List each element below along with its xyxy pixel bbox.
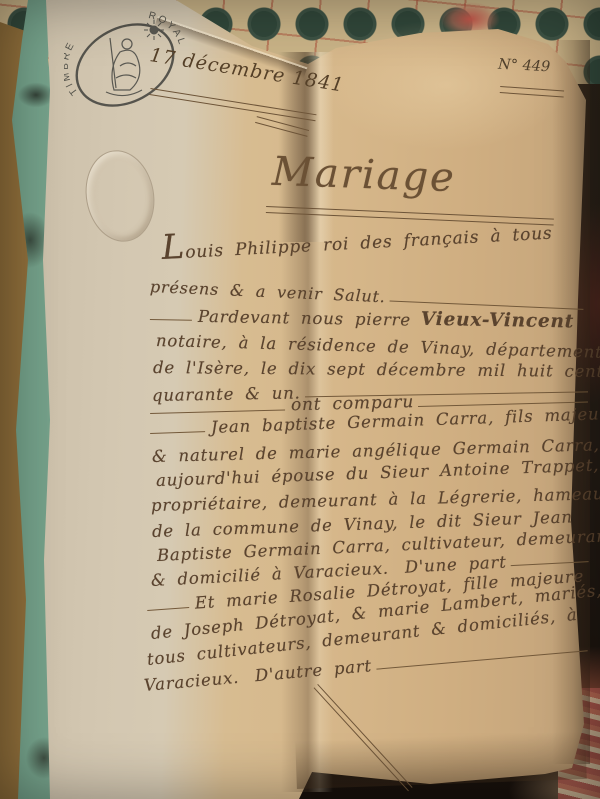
line-text: Pardevant nous pierre (198, 307, 411, 330)
ruled-line (150, 431, 205, 434)
act-number: N° 449 (498, 57, 551, 76)
line-text: de l'Isère, le dix sept décembre mil hui… (153, 358, 600, 381)
ruled-line (147, 607, 189, 611)
notary-name: Vieux-Vincent (421, 309, 575, 333)
handwritten-line: de l'Isère, le dix sept décembre mil hui… (153, 358, 600, 381)
ruled-line (150, 319, 192, 321)
page-bottom-shadow (295, 731, 586, 789)
page-title: Mariage (271, 149, 456, 201)
photo-marriage-record: TIMBRE ROYAL 17 décembre 1841 N° 449 Mar… (0, 0, 600, 799)
page-highlight (326, 20, 566, 150)
ruled-line (150, 409, 285, 414)
seated-figure-icon (106, 38, 142, 96)
ruled-line (511, 561, 589, 566)
